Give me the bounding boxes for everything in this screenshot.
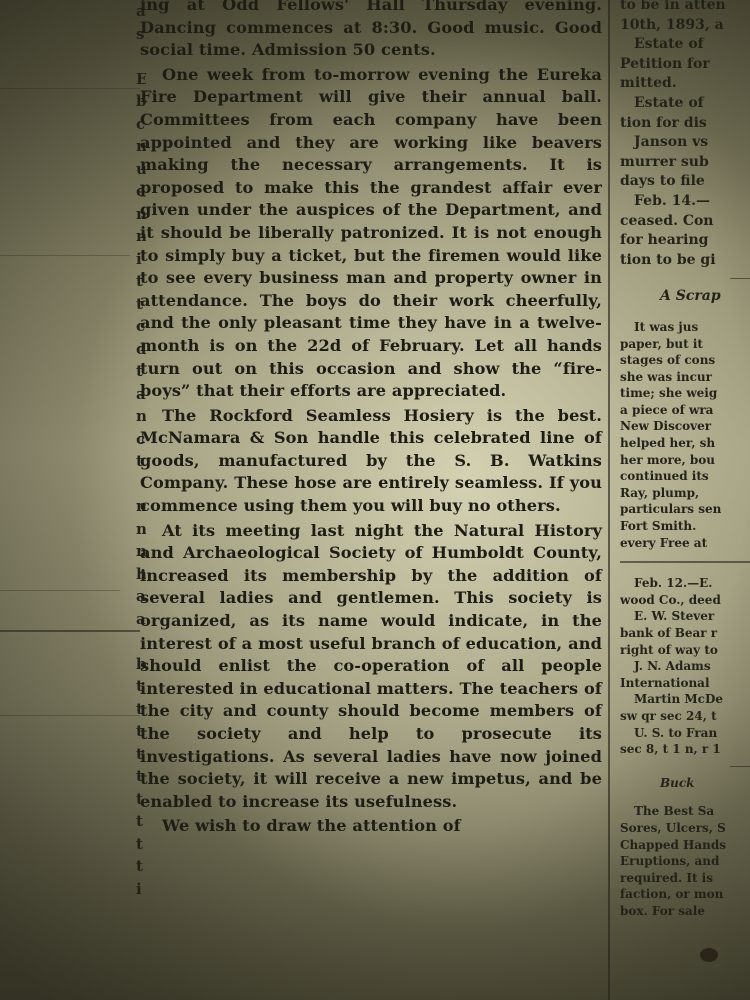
side-line: Eruptions, and: [620, 853, 750, 870]
side-line: her more, bou: [620, 452, 750, 469]
side-line: sec 8, t 1 n, r 1: [620, 741, 750, 758]
side-line: stages of cons: [620, 352, 750, 369]
side-line: a piece of wra: [620, 402, 750, 419]
side-line: E. W. Stever: [620, 608, 750, 625]
side-line: Fort Smith.: [620, 518, 750, 535]
paragraph-rockford-hosiery: The Rockford Seamless Hosiery is the bes…: [140, 405, 602, 518]
paper-crease: [0, 88, 140, 89]
side-heading-a-scrap: A Scrap: [620, 287, 750, 307]
side-line: Chapped Hands: [620, 837, 750, 854]
side-line: New Discover: [620, 418, 750, 435]
paper-crease: [0, 630, 140, 632]
ink-stain: [700, 948, 718, 962]
side-line: International: [620, 675, 750, 692]
column-divider: [608, 0, 610, 1000]
paper-crease: [0, 715, 140, 716]
paragraph-fire-department-ball: One week from to-morrow evening the Eure…: [140, 64, 602, 403]
paragraph-next-item: We wish to draw the attention of: [140, 815, 602, 838]
short-rule: [730, 278, 750, 279]
side-heading-buck: Buck: [620, 775, 750, 792]
side-line: Feb. 14.—: [620, 192, 750, 212]
side-line: required. It is: [620, 870, 750, 887]
side-line: helped her, sh: [620, 435, 750, 452]
side-line: J. N. Adams: [620, 658, 750, 675]
paragraph-dance-notice: ing at Odd Fellows' Hall Thursday evenin…: [140, 0, 602, 62]
side-line: Feb. 12.—E.: [620, 575, 750, 592]
side-line: paper, but it: [620, 336, 750, 353]
short-rule: [730, 766, 750, 767]
side-line: bank of Bear r: [620, 625, 750, 642]
side-line: mitted.: [620, 74, 750, 94]
side-line: tion to be gi: [620, 251, 750, 271]
side-line: Estate of: [620, 35, 750, 55]
side-line: box. For sale: [620, 903, 750, 920]
spacer: [620, 307, 750, 319]
right-column-fragment: to be in atten 10th, 1893, a Estate of P…: [620, 0, 750, 920]
side-line: Ray, plump,: [620, 485, 750, 502]
paper-crease: [0, 255, 130, 256]
side-line: continued its: [620, 468, 750, 485]
side-line: murrer sub: [620, 153, 750, 173]
side-line: Petition for: [620, 55, 750, 75]
side-line: Martin McDe: [620, 691, 750, 708]
side-line: Sores, Ulcers, S: [620, 820, 750, 837]
side-line: days to file: [620, 172, 750, 192]
side-line: particulars sen: [620, 501, 750, 518]
side-line: Estate of: [620, 94, 750, 114]
side-line: The Best Sa: [620, 803, 750, 820]
side-line: for hearing: [620, 231, 750, 251]
side-line: every Free at: [620, 535, 750, 552]
side-line: to be in atten: [620, 0, 750, 16]
side-line: she was incur: [620, 369, 750, 386]
paper-crease: [0, 590, 120, 591]
side-line: tion for dis: [620, 114, 750, 134]
paragraph-natural-history-society: At its meeting last night the Natural Hi…: [140, 520, 602, 814]
newspaper-page: ab s E b c n u e n n i t t c d t a n c t…: [0, 0, 750, 1000]
spacer: [620, 791, 750, 803]
side-line: It was jus: [620, 319, 750, 336]
side-line: 10th, 1893, a: [620, 16, 750, 36]
side-line: sw qr sec 24, t: [620, 708, 750, 725]
side-line: faction, or mon: [620, 886, 750, 903]
section-divider: [620, 561, 750, 563]
side-line: wood Co., deed: [620, 592, 750, 609]
side-line: ceased. Con: [620, 212, 750, 232]
side-line: Janson vs: [620, 133, 750, 153]
side-line: time; she weig: [620, 385, 750, 402]
side-line: right of way to: [620, 642, 750, 659]
side-line: U. S. to Fran: [620, 725, 750, 742]
main-article-column: ing at Odd Fellows' Hall Thursday evenin…: [140, 0, 602, 840]
